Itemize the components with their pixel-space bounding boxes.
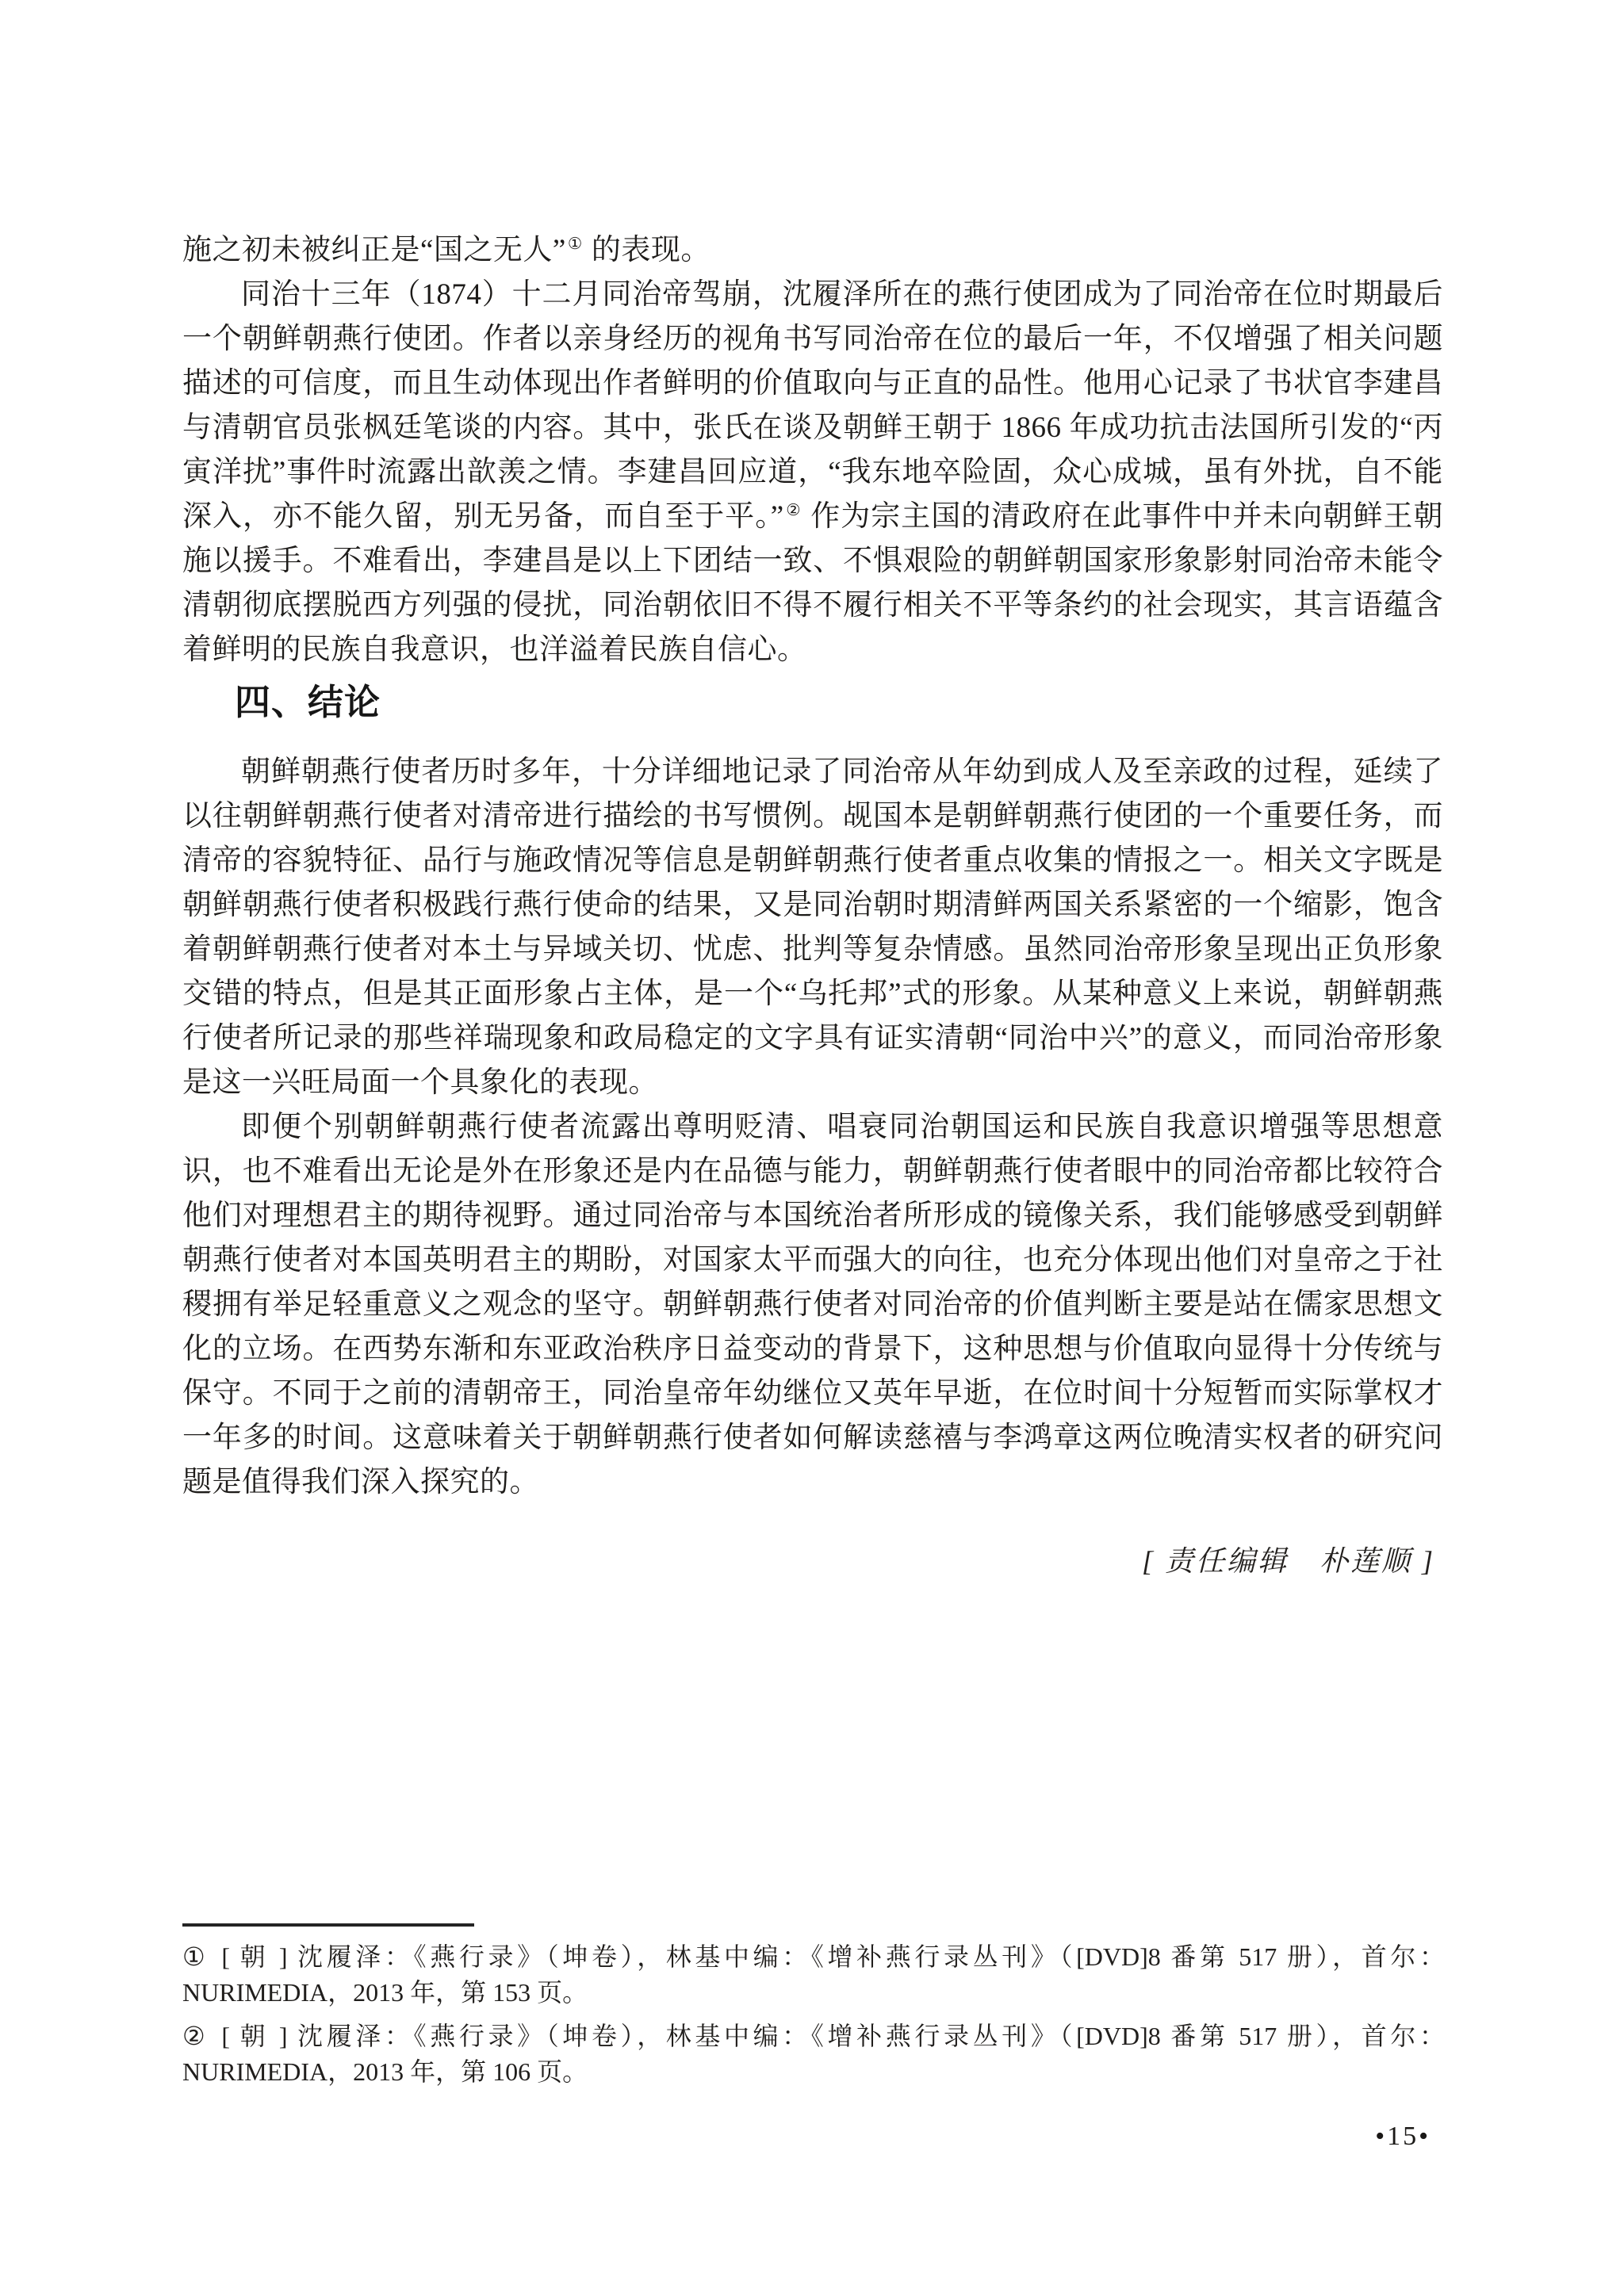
footnote-1-text: [ 朝 ] 沈履泽：《燕行录》（坤卷），林基中编：《增补燕行录丛刊》（[DVD]… (182, 1942, 1445, 2007)
footnote-2-marker: ② (182, 2022, 209, 2050)
paragraph-conclusion-1: 朝鲜朝燕行使者历时多年，十分详细地记录了同治帝从年幼到成人及至亲政的过程，延续了… (182, 750, 1443, 1105)
document-page: 施之初未被纠正是“国之无人”① 的表现。 同治十三年（1874）十二月同治帝驾崩… (0, 0, 1624, 2296)
footnotes-section: ①[ 朝 ] 沈履泽：《燕行录》（坤卷），林基中编：《增补燕行录丛刊》（[DVD… (182, 1923, 1445, 2098)
paragraph-conclusion-2: 即便个别朝鲜朝燕行使者流露出尊明贬清、唱衰同治朝国运和民族自我意识增强等思想意识… (182, 1105, 1443, 1505)
footnote-1-marker: ① (182, 1942, 209, 1971)
text-run: 施之初未被纠正是“国之无人” (182, 234, 566, 266)
footnote-2-text: [ 朝 ] 沈履泽：《燕行录》（坤卷），林基中编：《增补燕行录丛刊》（[DVD]… (182, 2022, 1445, 2086)
paragraph-continuation: 施之初未被纠正是“国之无人”① 的表现。 (182, 228, 1443, 273)
section-heading-conclusion: 四、结论 (182, 682, 1443, 723)
footnote-reference-superscript: ① (566, 235, 584, 253)
footnote-separator-rule (182, 1923, 474, 1927)
footnote-reference-superscript: ② (784, 502, 802, 519)
editor-credit: [ 责任编辑 朴莲顺 ] (1142, 1539, 1435, 1579)
article-body: 施之初未被纠正是“国之无人”① 的表现。 同治十三年（1874）十二月同治帝驾崩… (182, 228, 1443, 1505)
page-number: •15• (1375, 2122, 1431, 2152)
scanned-paper-page: { "colors": { "background": "#ffffff", "… (0, 0, 1624, 2296)
paragraph-tongzhi-13th-year: 同治十三年（1874）十二月同治帝驾崩，沈履泽所在的燕行使团成为了同治帝在位时期… (182, 273, 1443, 672)
text-run: 即便个别朝鲜朝燕行使者流露出尊明贬清、唱衰同治朝国运和民族自我意识增强等思想意识… (182, 1111, 1443, 1498)
footnote-2: ②[ 朝 ] 沈履泽：《燕行录》（坤卷），林基中编：《增补燕行录丛刊》（[DVD… (182, 2019, 1445, 2090)
text-run: 朝鲜朝燕行使者历时多年，十分详细地记录了同治帝从年幼到成人及至亲政的过程，延续了… (182, 756, 1443, 1099)
text-run: 同治十三年（1874）十二月同治帝驾崩，沈履泽所在的燕行使团成为了同治帝在位时期… (182, 278, 1443, 533)
text-run: 的表现。 (584, 234, 710, 266)
footnote-1: ①[ 朝 ] 沈履泽：《燕行录》（坤卷），林基中编：《增补燕行录丛刊》（[DVD… (182, 1939, 1445, 2011)
